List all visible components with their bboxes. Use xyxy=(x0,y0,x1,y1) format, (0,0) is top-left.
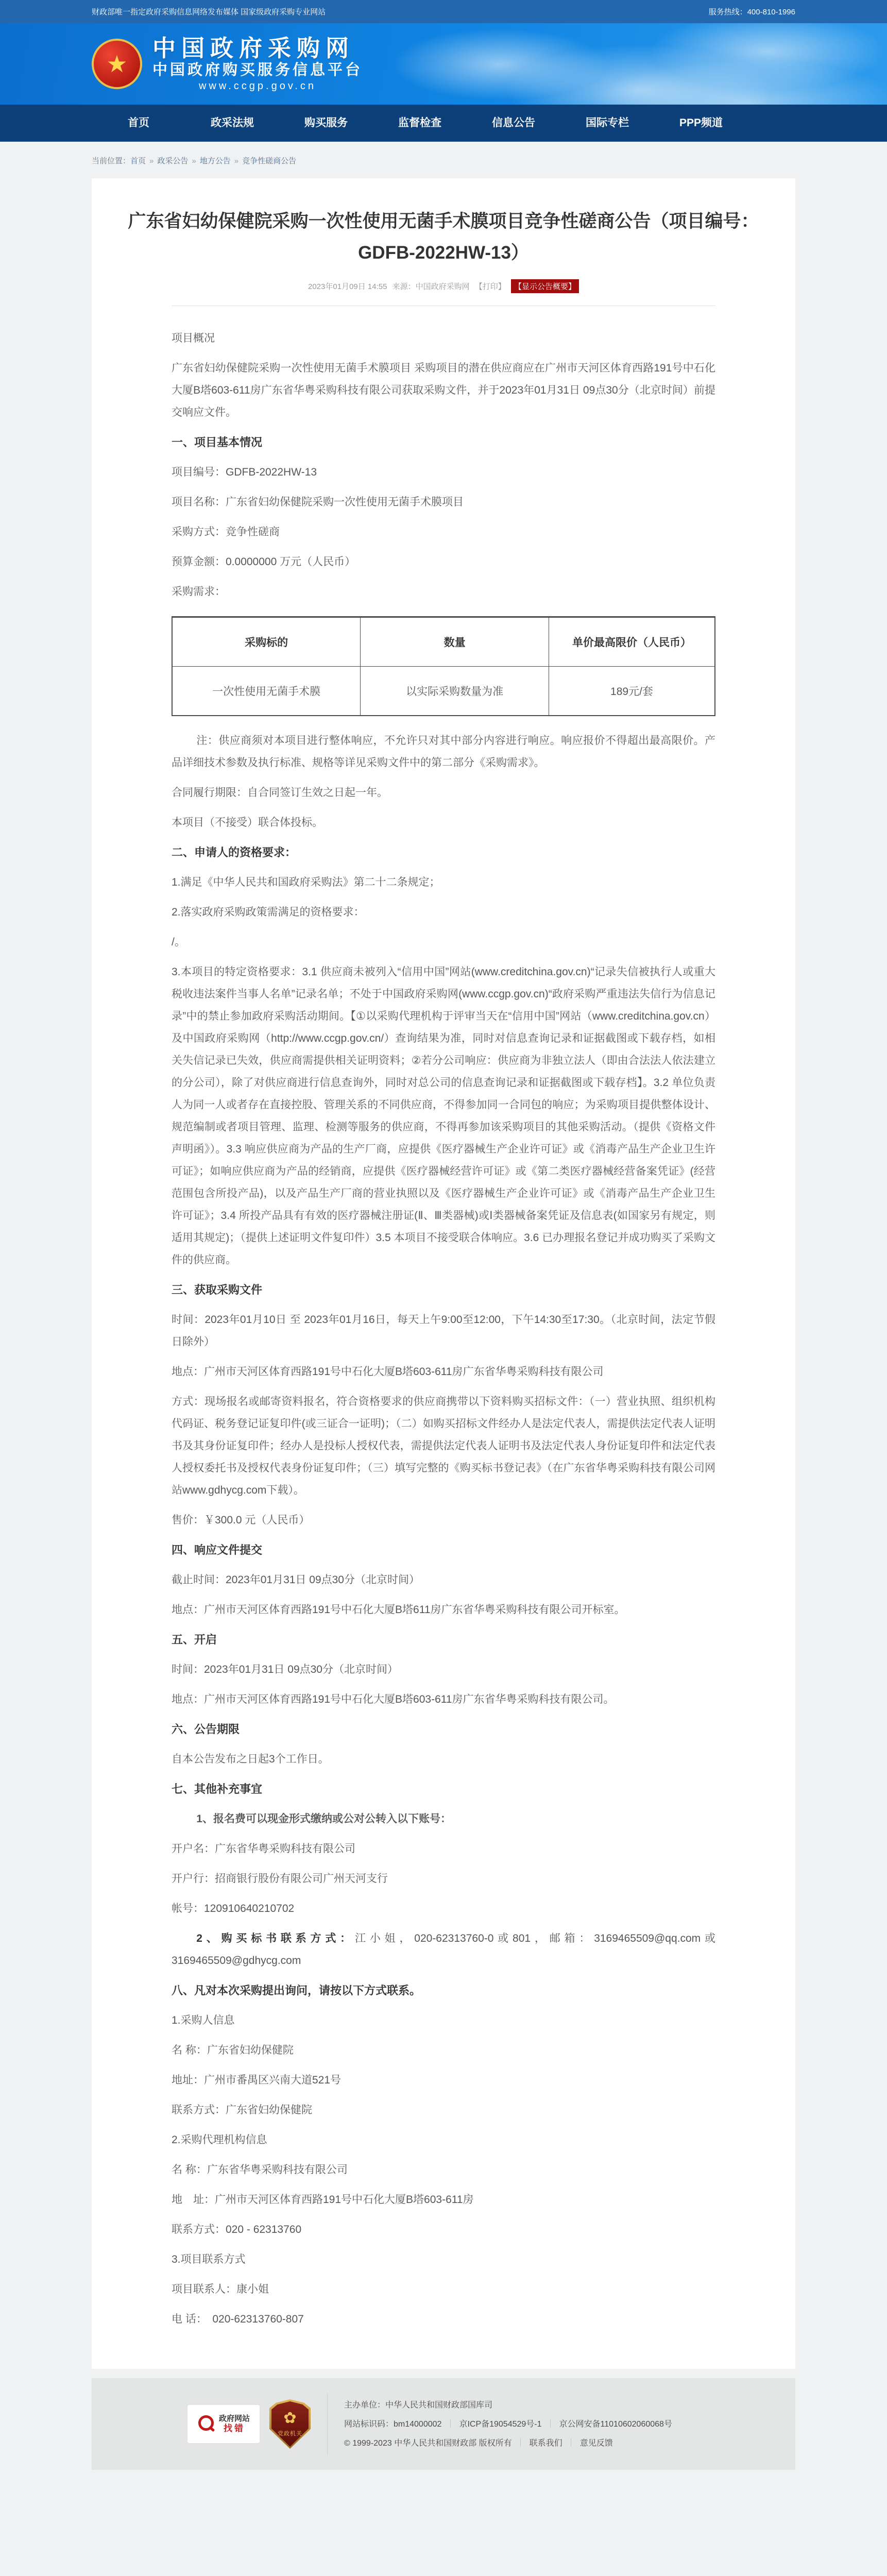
table-cell: 以实际采购数量为准 xyxy=(361,666,549,716)
article-paragraph: 帐号：120910640210702 xyxy=(172,1897,715,1920)
footer-id-part-1: 京ICP备19054529号-1 xyxy=(459,2420,541,2429)
nav-item-0[interactable]: 首页 xyxy=(92,105,185,142)
article-paragraph: 合同履行期限：自合同签订生效之日起一年。 xyxy=(172,782,715,804)
article-meta: 2023年01月09日 14:55 来源：中国政府采购网 【打印】 【显示公告概… xyxy=(117,279,770,293)
paragraph-lead: 2、购买标书联系方式： xyxy=(196,1933,355,1944)
article-paragraph: 注：供应商须对本项目进行整体响应，不允许只对其中部分内容进行响应。响应报价不得超… xyxy=(172,730,715,774)
article-paragraph: 项目联系人：康小姐 xyxy=(172,2278,715,2300)
article-paragraph: 名 称：广东省华粤采购科技有限公司 xyxy=(172,2159,715,2181)
site-url: www.ccgp.gov.cn xyxy=(152,80,363,92)
article-paragraph: 2、购买标书联系方式：江小姐，020-62313760-0或801，邮箱：316… xyxy=(172,1927,715,1972)
article-body: 项目概况广东省妇幼保健院采购一次性使用无菌手术膜项目 采购项目的潜在供应商应在广… xyxy=(172,306,715,2331)
footer-separator: ｜ xyxy=(547,2420,555,2429)
section-heading: 三、获取采购文件 xyxy=(172,1279,715,1301)
contact-us-link[interactable]: 联系我们 xyxy=(530,2439,562,2448)
table-cell: 189元/套 xyxy=(549,666,715,716)
gov-site-error-report-badge[interactable]: 政府网站 找错 xyxy=(187,2404,260,2444)
breadcrumb-separator: » xyxy=(192,157,196,165)
section-heading: 一、项目基本情况 xyxy=(172,431,715,453)
article-paragraph: 1、报名费可以现金形式缴纳或公对公转入以下账号： xyxy=(172,1808,715,1830)
site-slogan: 财政部唯一指定政府采购信息网络发布媒体 国家级政府采购专业网站 xyxy=(92,6,326,17)
breadcrumb: 当前位置：首页»政采公告»地方公告»竞争性磋商公告 xyxy=(92,142,795,178)
article-paragraph: 方式：现场报名或邮寄资料报名，符合资格要求的供应商携带以下资料购买招标文件：（一… xyxy=(172,1391,715,1501)
article-paragraph: 预算金额：0.0000000 万元（人民币） xyxy=(172,551,715,573)
article-paragraph: 项目名称：广东省妇幼保健院采购一次性使用无菌手术膜项目 xyxy=(172,491,715,513)
nav-item-5[interactable]: 国际专栏 xyxy=(560,105,654,142)
article-paragraph: 时间：2023年01月10日 至 2023年01月16日，每天上午9:00至12… xyxy=(172,1309,715,1353)
table-header-cell: 采购标的 xyxy=(172,617,361,666)
article-paragraph: 2.采购代理机构信息 xyxy=(172,2129,715,2151)
article-paragraph: 采购需求： xyxy=(172,581,715,603)
article-paragraph: 地址：广州市番禺区兴南大道521号 xyxy=(172,2069,715,2091)
article-paragraph: 地点：广州市天河区体育西路191号中石化大厦B塔611房广东省华粤采购科技有限公… xyxy=(172,1599,715,1621)
footer-copyright-line: © 1999-2023 中华人民共和国财政部 版权所有｜联系我们｜意见反馈 xyxy=(344,2434,672,2453)
publish-datetime: 2023年01月09日 14:55 xyxy=(308,282,387,291)
show-summary-badge[interactable]: 【显示公告概要】 xyxy=(511,279,579,293)
article-paragraph: 3.项目联系方式 xyxy=(172,2248,715,2270)
section-heading: 四、响应文件提交 xyxy=(172,1539,715,1561)
breadcrumb-link-1[interactable]: 政采公告 xyxy=(157,157,188,165)
site-subtitle: 中国政府购买服务信息平台 xyxy=(152,61,363,79)
page-footer: 政府网站 找错 ✿ 党政机关 主办单位：中华人民共和国财政部国库司 网站标识码：… xyxy=(92,2378,795,2470)
announcement-card: 广东省妇幼保健院采购一次性使用无菌手术膜项目竞争性磋商公告（项目编号： GDFB… xyxy=(92,178,795,2369)
nav-item-3[interactable]: 监督检查 xyxy=(373,105,467,142)
footer-divider xyxy=(327,2393,328,2455)
breadcrumb-link-0[interactable]: 首页 xyxy=(130,157,146,165)
main-nav: 首页政采法规购买服务监督检查信息公告国际专栏PPP频道 xyxy=(0,105,887,142)
site-banner: ★ 中国政府采购网 中国政府购买服务信息平台 www.ccgp.gov.cn xyxy=(0,23,887,105)
article-paragraph: 时间：2023年01月31日 09点30分（北京时间） xyxy=(172,1658,715,1681)
article-paragraph: 开户名：广东省华粤采购科技有限公司 xyxy=(172,1838,715,1860)
article-paragraph: 3.本项目的特定资格要求：3.1 供应商未被列入“信用中国”网站(www.cre… xyxy=(172,961,715,1271)
breadcrumb-link-3[interactable]: 竞争性磋商公告 xyxy=(242,157,296,165)
magnifier-icon xyxy=(197,2415,215,2433)
party-gov-shield-badge[interactable]: ✿ 党政机关 xyxy=(269,2399,311,2449)
article-paragraph: 地点：广州市天河区体育西路191号中石化大厦B塔603-611房广东省华粤采购科… xyxy=(172,1361,715,1383)
article-paragraph: 1.采购人信息 xyxy=(172,2009,715,2031)
article-paragraph: 采购方式：竞争性磋商 xyxy=(172,521,715,543)
nav-item-1[interactable]: 政采法规 xyxy=(185,105,279,142)
article-paragraph: 地 址：广州市天河区体育西路191号中石化大厦B塔603-611房 xyxy=(172,2189,715,2211)
breadcrumb-link-2[interactable]: 地方公告 xyxy=(200,157,231,165)
footer-id-line: 网站标识码：bm14000002｜京ICP备19054529号-1｜京公网安备1… xyxy=(344,2415,672,2434)
nav-item-2[interactable]: 购买服务 xyxy=(279,105,373,142)
procurement-requirements-table: 采购标的数量单价最高限价（人民币）一次性使用无菌手术膜以实际采购数量为准189元… xyxy=(172,616,715,717)
article-paragraph: 自本公告发布之日起3个工作日。 xyxy=(172,1748,715,1770)
badge-find-line1: 政府网站 xyxy=(219,2414,250,2424)
article-paragraph: 地点：广州市天河区体育西路191号中石化大厦B塔603-611房广东省华粤采购科… xyxy=(172,1688,715,1710)
site-name: 中国政府采购网 xyxy=(152,36,363,61)
national-emblem-icon: ★ xyxy=(92,39,142,89)
site-logo[interactable]: 中国政府采购网 中国政府购买服务信息平台 www.ccgp.gov.cn xyxy=(152,36,363,93)
section-heading: 五、开启 xyxy=(172,1629,715,1651)
article-paragraph: 联系方式：020 - 62313760 xyxy=(172,2218,715,2241)
breadcrumb-label: 当前位置： xyxy=(92,157,130,165)
feedback-link[interactable]: 意见反馈 xyxy=(580,2439,613,2448)
page-title-line1: 广东省妇幼保健院采购一次性使用无菌手术膜项目竞争性磋商公告（项目编号： xyxy=(117,206,770,237)
breadcrumb-separator: » xyxy=(234,157,238,165)
section-heading: 八、凡对本次采购提出询问，请按以下方式联系。 xyxy=(172,1979,715,2002)
footer-id-part-2: 京公网安备11010602060068号 xyxy=(559,2420,672,2429)
print-button[interactable]: 【打印】 xyxy=(475,282,506,291)
footer-id-part-0: 网站标识码：bm14000002 xyxy=(344,2420,441,2429)
section-heading: 六、公告期限 xyxy=(172,1718,715,1740)
article-paragraph: 项目概况 xyxy=(172,327,715,349)
badge-find-line2: 找错 xyxy=(219,2424,250,2434)
footer-separator: ｜ xyxy=(446,2420,454,2429)
top-utility-bar: 财政部唯一指定政府采购信息网络发布媒体 国家级政府采购专业网站 服务热线：400… xyxy=(0,0,887,23)
article-paragraph: 开户行：招商银行股份有限公司广州天河支行 xyxy=(172,1868,715,1890)
page-title-line2: GDFB-2022HW-13） xyxy=(117,237,770,268)
article-paragraph: 联系方式：广东省妇幼保健院 xyxy=(172,2099,715,2121)
table-header-cell: 单价最高限价（人民币） xyxy=(549,617,715,666)
article-paragraph: 截止时间：2023年01月31日 09点30分（北京时间） xyxy=(172,1569,715,1591)
article-paragraph: 售价：￥300.0 元（人民币） xyxy=(172,1509,715,1531)
table-row: 一次性使用无菌手术膜以实际采购数量为准189元/套 xyxy=(172,666,715,716)
footer-host-line: 主办单位：中华人民共和国财政部国库司 xyxy=(344,2396,672,2415)
copyright-text: © 1999-2023 中华人民共和国财政部 版权所有 xyxy=(344,2439,512,2448)
article-paragraph: 项目编号：GDFB-2022HW-13 xyxy=(172,461,715,483)
table-header-cell: 数量 xyxy=(361,617,549,666)
article-paragraph: /。 xyxy=(172,931,715,953)
article-paragraph: 1.满足《中华人民共和国政府采购法》第二十二条规定； xyxy=(172,871,715,893)
service-hotline: 服务热线：400-810-1996 xyxy=(709,6,795,17)
shield-star-icon: ✿ xyxy=(283,2411,296,2426)
shield-label: 党政机关 xyxy=(278,2429,302,2437)
nav-item-6[interactable]: PPP频道 xyxy=(654,105,748,142)
article-paragraph: 本项目（不接受）联合体投标。 xyxy=(172,811,715,834)
section-heading: 二、申请人的资格要求： xyxy=(172,841,715,863)
article-paragraph: 名 称：广东省妇幼保健院 xyxy=(172,2039,715,2061)
article-source: 来源：中国政府采购网 xyxy=(393,282,470,291)
table-cell: 一次性使用无菌手术膜 xyxy=(172,666,361,716)
article-paragraph: 电 话： 020-62313760-807 xyxy=(172,2308,715,2330)
section-heading: 七、其他补充事宜 xyxy=(172,1778,715,1800)
breadcrumb-separator: » xyxy=(149,157,153,165)
article-paragraph: 2.落实政府采购政策需满足的资格要求： xyxy=(172,901,715,923)
page-title: 广东省妇幼保健院采购一次性使用无菌手术膜项目竞争性磋商公告（项目编号： GDFB… xyxy=(117,206,770,269)
nav-item-4[interactable]: 信息公告 xyxy=(467,105,560,142)
article-paragraph: 广东省妇幼保健院采购一次性使用无菌手术膜项目 采购项目的潜在供应商应在广州市天河… xyxy=(172,357,715,423)
